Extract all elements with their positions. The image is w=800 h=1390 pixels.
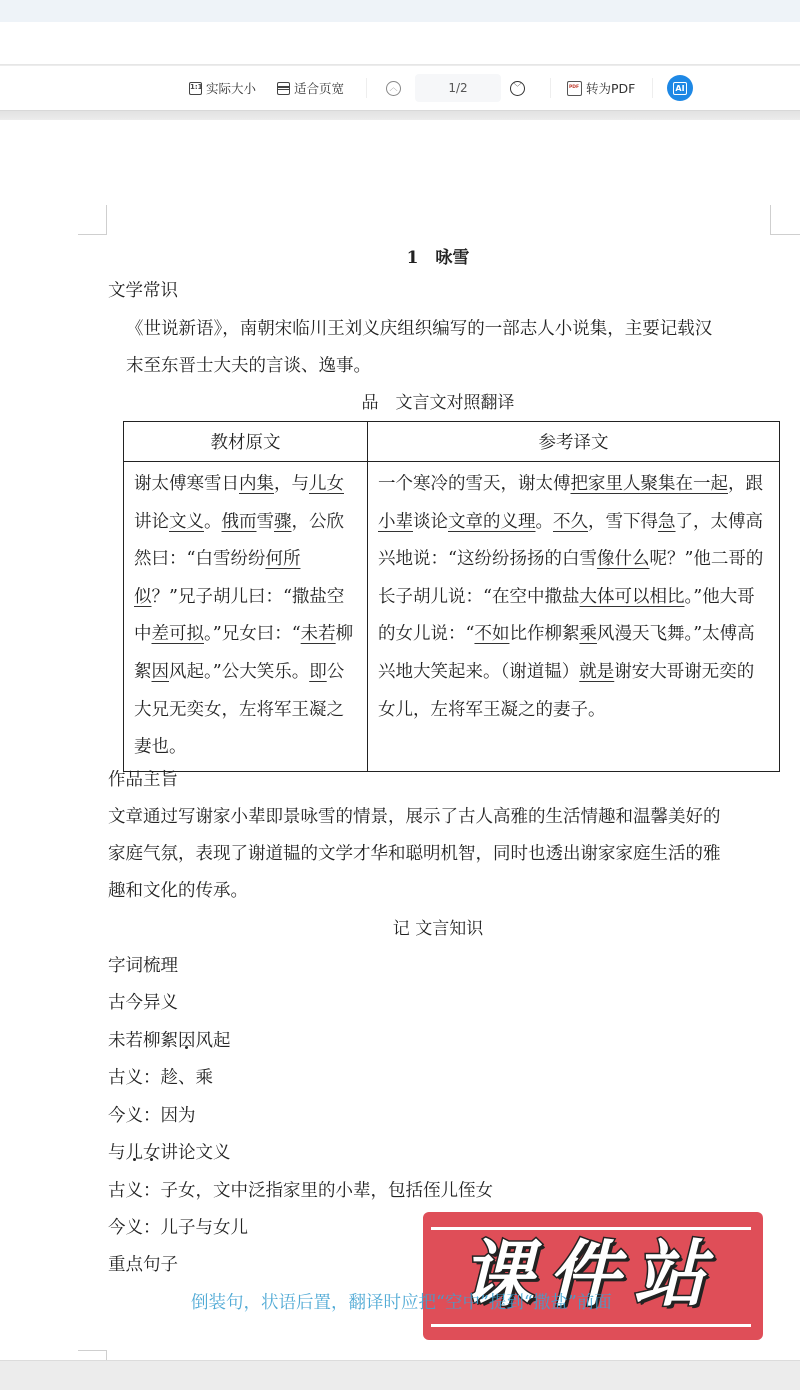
modern-meaning: 今义：儿子与女儿 (108, 1210, 248, 1247)
header-area (0, 22, 800, 65)
underlined-term: 急 (658, 512, 676, 532)
ancient-modern-heading: 古今异义 (108, 985, 178, 1022)
ancient-meaning: 古义：子女，文中泛指家里的小辈，包括侄儿侄女 (108, 1173, 493, 1210)
section-heading-theme: 作品主旨 (108, 762, 178, 799)
underlined-term: 文义 (169, 512, 204, 532)
underlined-term: 俄而 (222, 512, 257, 532)
ai-assistant-button[interactable]: AI (667, 75, 693, 101)
section-heading-translation: 品 文言文对照翻译 (0, 385, 800, 422)
section-heading-knowledge: 记 文言知识 (0, 911, 800, 948)
example-text: 与 (108, 1143, 126, 1163)
toolbar-divider (366, 78, 367, 98)
translation-text-cell: 一个寒冷的雪天，谢太傅把家里人聚集在一起，跟小辈谈论文章的义理。不久，雪下得急了… (368, 462, 780, 772)
emphasis-char: 因 (178, 1031, 196, 1051)
underlined-term: 未若 (301, 624, 336, 644)
underlined-term: 内集 (239, 474, 274, 494)
underlined-term: 就是 (579, 662, 614, 682)
text-segment: 比作柳絮 (509, 624, 579, 644)
underlined-term: 乘 (579, 624, 597, 644)
underlined-term: 骤 (274, 512, 292, 532)
lesson-title: 1 咏雪 (0, 240, 800, 277)
original-text-cell: 谢太傅寒雪日内集，与儿女讲论文义。俄而雪骤，公欣然曰：“白雪纷纷何所似？”兄子胡… (124, 462, 368, 772)
theme-text-line: 趣和文化的传承。 (108, 873, 248, 910)
text-segment: ，跟 (728, 474, 763, 494)
underlined-term: 把家里人聚集在一起 (571, 474, 729, 494)
key-sentences-heading: 重点句子 (108, 1247, 178, 1284)
translation-table: 教材原文 参考译文 谢太傅寒雪日内集，与儿女讲论文义。俄而雪骤，公欣然曰：“白雪… (123, 421, 780, 772)
text-segment: 讲论 (134, 512, 169, 532)
vocab-heading: 字词梳理 (108, 948, 178, 985)
modern-meaning: 今义：因为 (108, 1098, 196, 1135)
next-page-button[interactable]: ﹀ (510, 66, 525, 110)
page-indicator: 1/2 (448, 81, 467, 95)
pdf-file-icon (567, 81, 582, 96)
underlined-term: 文章的义理 (448, 512, 536, 532)
key-sentence-note: 倒装句，状语后置，翻译时应把“空中”提到“撒盐”前面 (191, 1285, 612, 1322)
text-segment: ，雪下得 (588, 512, 658, 532)
underlined-term: 不久 (553, 512, 588, 532)
underlined-term: 因 (152, 662, 170, 682)
text-segment: 一个寒冷的雪天，谢太傅 (378, 474, 571, 494)
page-corner-mark (78, 1350, 107, 1360)
underlined-term: 差可拟 (152, 624, 205, 644)
prev-page-button[interactable]: ︿ (386, 66, 401, 110)
example-phrase: 未若柳絮因风起 (108, 1023, 231, 1060)
text-segment: 谈论 (413, 512, 448, 532)
actual-size-button[interactable]: 实际大小 (189, 66, 256, 110)
ai-icon: AI (673, 82, 686, 95)
underlined-term: 儿女 (309, 474, 344, 494)
section-heading-literary: 文学常识 (108, 273, 178, 310)
text-segment: 。”兄女曰：“ (204, 624, 301, 644)
browser-top-strip (0, 0, 800, 22)
theme-text-line: 家庭气氛，表现了谢道韫的文学才华和聪明机智，同时也透出谢家家庭生活的雅 (108, 836, 721, 873)
toolbar-divider (550, 78, 551, 98)
literary-text-line: 末至东晋士大夫的言谈、逸事。 (126, 348, 371, 385)
toolbar-divider (652, 78, 653, 98)
text-segment: 谢太傅寒雪日 (134, 474, 239, 494)
fit-width-label: 适合页宽 (294, 79, 344, 97)
underlined-term: 小辈 (378, 512, 413, 532)
text-segment: ，与 (274, 474, 309, 494)
text-segment: 。 (536, 512, 554, 532)
bottom-bar (0, 1360, 800, 1390)
toolbar-shadow (0, 110, 800, 120)
watermark-stamp: 课件站 (413, 1207, 768, 1347)
page-corner-mark (78, 205, 107, 235)
table-header-translation: 参考译文 (368, 422, 780, 462)
ancient-meaning: 古义：趁、乘 (108, 1060, 213, 1097)
emphasis-char: 女 (143, 1143, 161, 1163)
example-text: 未若柳絮 (108, 1031, 178, 1051)
fit-width-icon (277, 82, 290, 95)
page-number-input[interactable]: 1/2 (415, 74, 501, 102)
underlined-term: 像什么 (597, 549, 650, 569)
text-segment: 。 (204, 512, 222, 532)
text-segment: 风起。”公大笑乐。 (169, 662, 309, 682)
text-segment: 雪 (257, 512, 275, 532)
table-header-original: 教材原文 (124, 422, 368, 462)
actual-size-label: 实际大小 (206, 79, 256, 97)
underlined-term: 即 (309, 662, 327, 682)
convert-pdf-button[interactable]: 转为PDF (567, 66, 635, 110)
literary-text-line: 《世说新语》，南朝宋临川王刘义庆组织编写的一部志人小说集，主要记载汉 (126, 311, 712, 348)
underlined-term: 大体可以相比 (579, 587, 684, 607)
actual-size-icon (189, 82, 202, 95)
example-text: 讲论文义 (161, 1143, 231, 1163)
underlined-term: 不如 (474, 624, 509, 644)
emphasis-char: 儿 (126, 1143, 144, 1163)
example-text: 风起 (196, 1031, 231, 1051)
convert-pdf-label: 转为PDF (586, 79, 635, 97)
chevron-down-icon: ﹀ (510, 81, 525, 96)
chevron-up-icon: ︿ (386, 81, 401, 96)
page-corner-mark (770, 205, 800, 235)
example-phrase: 与儿女讲论文义 (108, 1135, 231, 1172)
fit-width-button[interactable]: 适合页宽 (277, 66, 344, 110)
theme-text-line: 文章通过写谢家小辈即景咏雪的情景，展示了古人高雅的生活情趣和温馨美好的 (108, 799, 721, 836)
